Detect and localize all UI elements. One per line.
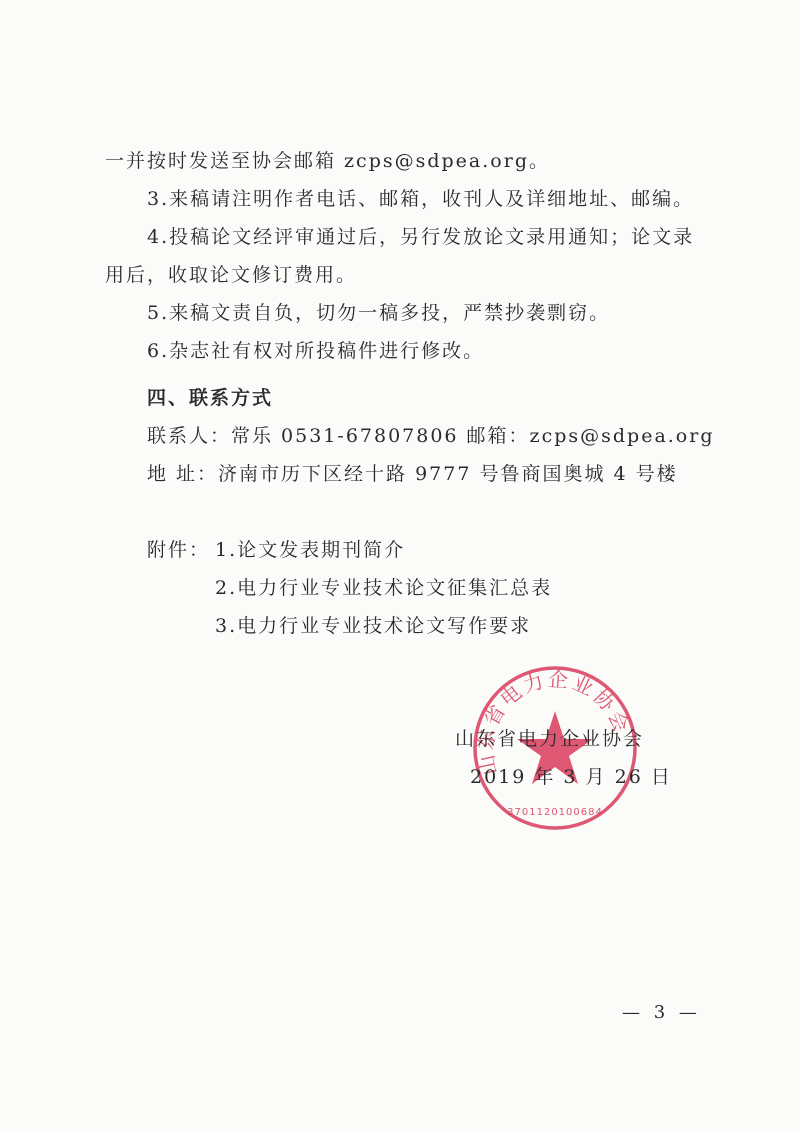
contact-person: 联系人：常乐 0531-67807806 邮箱：zcps@sdpea.org: [147, 421, 715, 448]
signature-date: 2019 年 3 月 26 日: [470, 762, 672, 789]
body-line-2: 3.来稿请注明作者电话、邮箱，收刊人及详细地址、邮编。: [147, 184, 694, 211]
body-line-4: 用后，收取论文修订费用。: [105, 260, 357, 287]
contact-address: 地 址：济南市历下区经十路 9777 号鲁商国奥城 4 号楼: [147, 459, 678, 486]
body-line-6: 6.杂志社有权对所投稿件进行修改。: [147, 336, 484, 363]
section-heading: 四、联系方式: [147, 383, 273, 410]
attachment-item-2: 2.电力行业专业技术论文征集汇总表: [215, 573, 552, 600]
attachment-item-1: 1.论文发表期刊简介: [215, 535, 405, 562]
signature-organization: 山东省电力企业协会: [455, 724, 644, 751]
attachment-item-3: 3.电力行业专业技术论文写作要求: [215, 611, 531, 638]
body-line-5: 5.来稿文责自负，切勿一稿多投，严禁抄袭剽窃。: [147, 298, 610, 325]
body-line-1: 一并按时发送至协会邮箱 zcps@sdpea.org。: [105, 146, 550, 173]
svg-text:3701120100684: 3701120100684: [507, 807, 603, 818]
body-line-3: 4.投稿论文经评审通过后，另行发放论文录用通知；论文录: [147, 222, 694, 249]
attachments-label: 附件：: [147, 535, 210, 562]
page-number: — 3 —: [622, 1002, 701, 1023]
